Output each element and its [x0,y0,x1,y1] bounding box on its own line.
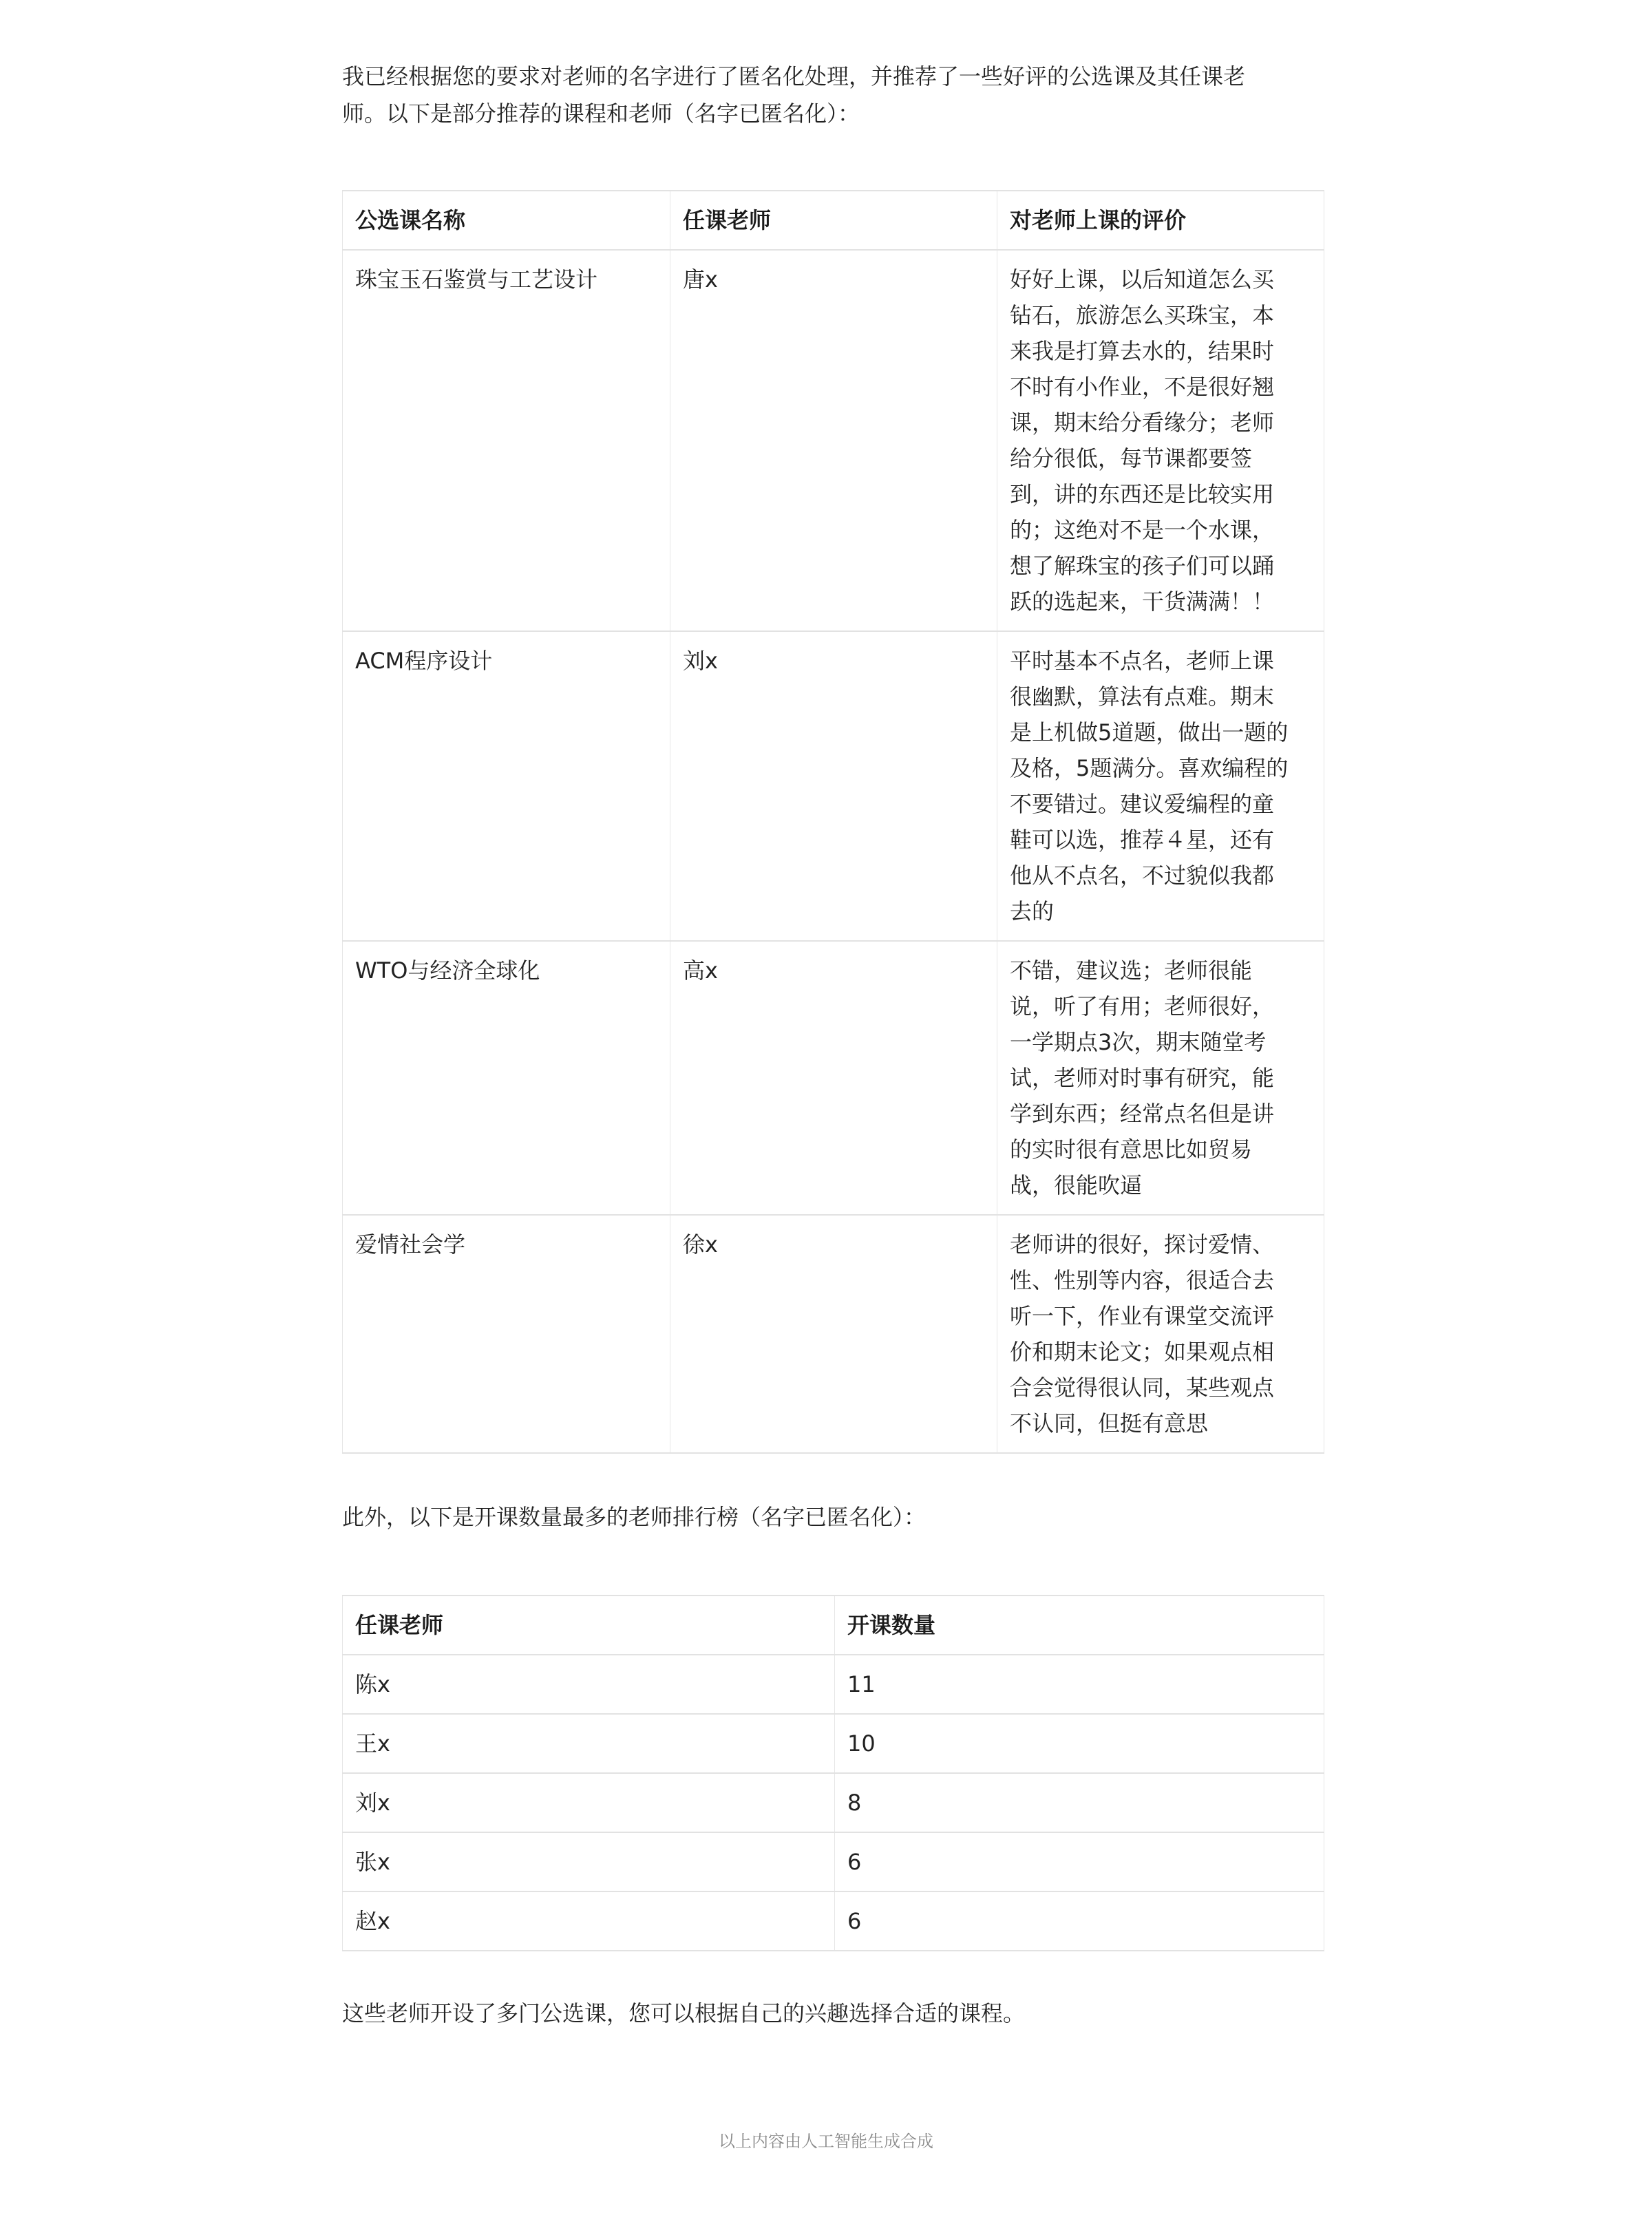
review-line: 到，讲的东西还是比较实用 [1010,476,1311,512]
review-line: 价和期末论文；如果观点相 [1010,1334,1311,1370]
review-line: 听一下，作业有课堂交流评 [1010,1298,1311,1334]
review-line: 的；这绝对不是一个水课， [1010,512,1311,548]
header-course-count: 开课数量 [835,1596,1324,1655]
review-line: 及格，5题满分。喜欢编程的 [1010,750,1311,786]
count-cell: 10 [835,1714,1324,1773]
count-cell: 11 [835,1655,1324,1714]
count-cell: 6 [835,1891,1324,1951]
teacher-cell: 高x [670,941,997,1215]
teacher-cell: 唐x [670,250,997,631]
review-line: 的实时很有意思比如贸易 [1010,1132,1311,1167]
header-teacher: 任课老师 [343,1596,835,1655]
review-line: 他从不点名，不过貌似我都 [1010,858,1311,893]
table-row: 赵x 6 [343,1891,1324,1951]
teacher-ranking-table: 任课老师 开课数量 陈x 11 王x 10 刘x 8 张x 6 赵x [342,1595,1324,1951]
review-line: 不要错过。建议爱编程的童 [1010,786,1311,822]
intro-line: 师。以下是部分推荐的课程和老师（名字已匿名化）： [342,95,1320,132]
review-line: 好好上课，以后知道怎么买 [1010,262,1311,297]
table-row: 陈x 11 [343,1655,1324,1714]
review-cell: 好好上课，以后知道怎么买 钻石，旅游怎么买珠宝，本 来我是打算去水的，结果时 不… [997,250,1324,631]
header-review: 对老师上课的评价 [997,191,1324,250]
courses-table: 公选课名称 任课老师 对老师上课的评价 珠宝玉石鉴赏与工艺设计 唐x 好好上课，… [342,190,1324,1454]
review-line: 给分很低，每节课都要签 [1010,441,1311,476]
table-row: ACM程序设计 刘x 平时基本不点名，老师上课 很幽默，算法有点难。期末 是上机… [343,631,1324,941]
course-name-cell: ACM程序设计 [343,631,670,941]
ranking-intro-paragraph: 此外，以下是开课数量最多的老师排行榜（名字已匿名化）： [342,1498,1324,1536]
review-line: 一学期点3次，期末随堂考 [1010,1024,1311,1060]
closing-paragraph: 这些老师开设了多门公选课，您可以根据自己的兴趣选择合适的课程。 [342,1995,1324,2032]
review-line: 很幽默，算法有点难。期末 [1010,679,1311,714]
review-line: 不认同，但挺有意思 [1010,1406,1311,1441]
ai-generated-disclaimer: 以上内容由人工智能生成合成 [0,2129,1652,2154]
review-line: 老师讲的很好，探讨爱情、 [1010,1227,1311,1262]
review-line: 想了解珠宝的孩子们可以踊 [1010,548,1311,584]
review-line: 去的 [1010,893,1311,929]
teacher-cell: 张x [343,1832,835,1891]
review-line: 是上机做5道题，做出一题的 [1010,714,1311,750]
review-line: 钻石，旅游怎么买珠宝，本 [1010,297,1311,333]
table-row: 珠宝玉石鉴赏与工艺设计 唐x 好好上课，以后知道怎么买 钻石，旅游怎么买珠宝，本… [343,250,1324,631]
table-row: 爱情社会学 徐x 老师讲的很好，探讨爱情、 性、性别等内容，很适合去 听一下，作… [343,1215,1324,1453]
intro-paragraph: 我已经根据您的要求对老师的名字进行了匿名化处理，并推荐了一些好评的公选课及其任课… [342,58,1320,132]
teacher-cell: 刘x [343,1773,835,1832]
count-cell: 6 [835,1832,1324,1891]
header-course-name: 公选课名称 [343,191,670,250]
review-line: 性、性别等内容，很适合去 [1010,1262,1311,1298]
table-header-row: 任课老师 开课数量 [343,1596,1324,1655]
table-row: 张x 6 [343,1832,1324,1891]
course-name-cell: WTO与经济全球化 [343,941,670,1215]
table-row: 王x 10 [343,1714,1324,1773]
review-line: 战，很能吹逼 [1010,1167,1311,1203]
table-row: WTO与经济全球化 高x 不错，建议选；老师很能 说，听了有用；老师很好， 一学… [343,941,1324,1215]
teacher-cell: 陈x [343,1655,835,1714]
review-line: 合会觉得很认同，某些观点 [1010,1370,1311,1406]
table-header-row: 公选课名称 任课老师 对老师上课的评价 [343,191,1324,250]
review-line: 鞋可以选，推荐４星，还有 [1010,822,1311,858]
teacher-cell: 王x [343,1714,835,1773]
course-name-cell: 爱情社会学 [343,1215,670,1453]
teacher-cell: 赵x [343,1891,835,1951]
review-line: 平时基本不点名，老师上课 [1010,643,1311,679]
table-row: 刘x 8 [343,1773,1324,1832]
review-line: 试，老师对时事有研究，能 [1010,1060,1311,1096]
teacher-cell: 徐x [670,1215,997,1453]
review-line: 不错，建议选；老师很能 [1010,953,1311,988]
header-teacher: 任课老师 [670,191,997,250]
review-line: 跃的选起来，干货满满！！ [1010,584,1311,619]
course-name-cell: 珠宝玉石鉴赏与工艺设计 [343,250,670,631]
intro-line: 我已经根据您的要求对老师的名字进行了匿名化处理，并推荐了一些好评的公选课及其任课… [342,58,1320,95]
review-line: 说，听了有用；老师很好， [1010,988,1311,1024]
teacher-cell: 刘x [670,631,997,941]
review-line: 来我是打算去水的，结果时 [1010,333,1311,369]
review-cell: 老师讲的很好，探讨爱情、 性、性别等内容，很适合去 听一下，作业有课堂交流评 价… [997,1215,1324,1453]
review-cell: 平时基本不点名，老师上课 很幽默，算法有点难。期末 是上机做5道题，做出一题的 … [997,631,1324,941]
count-cell: 8 [835,1773,1324,1832]
review-line: 学到东西；经常点名但是讲 [1010,1096,1311,1132]
review-cell: 不错，建议选；老师很能 说，听了有用；老师很好， 一学期点3次，期末随堂考 试，… [997,941,1324,1215]
review-line: 不时有小作业，不是很好翘 [1010,369,1311,405]
review-line: 课，期末给分看缘分；老师 [1010,405,1311,441]
